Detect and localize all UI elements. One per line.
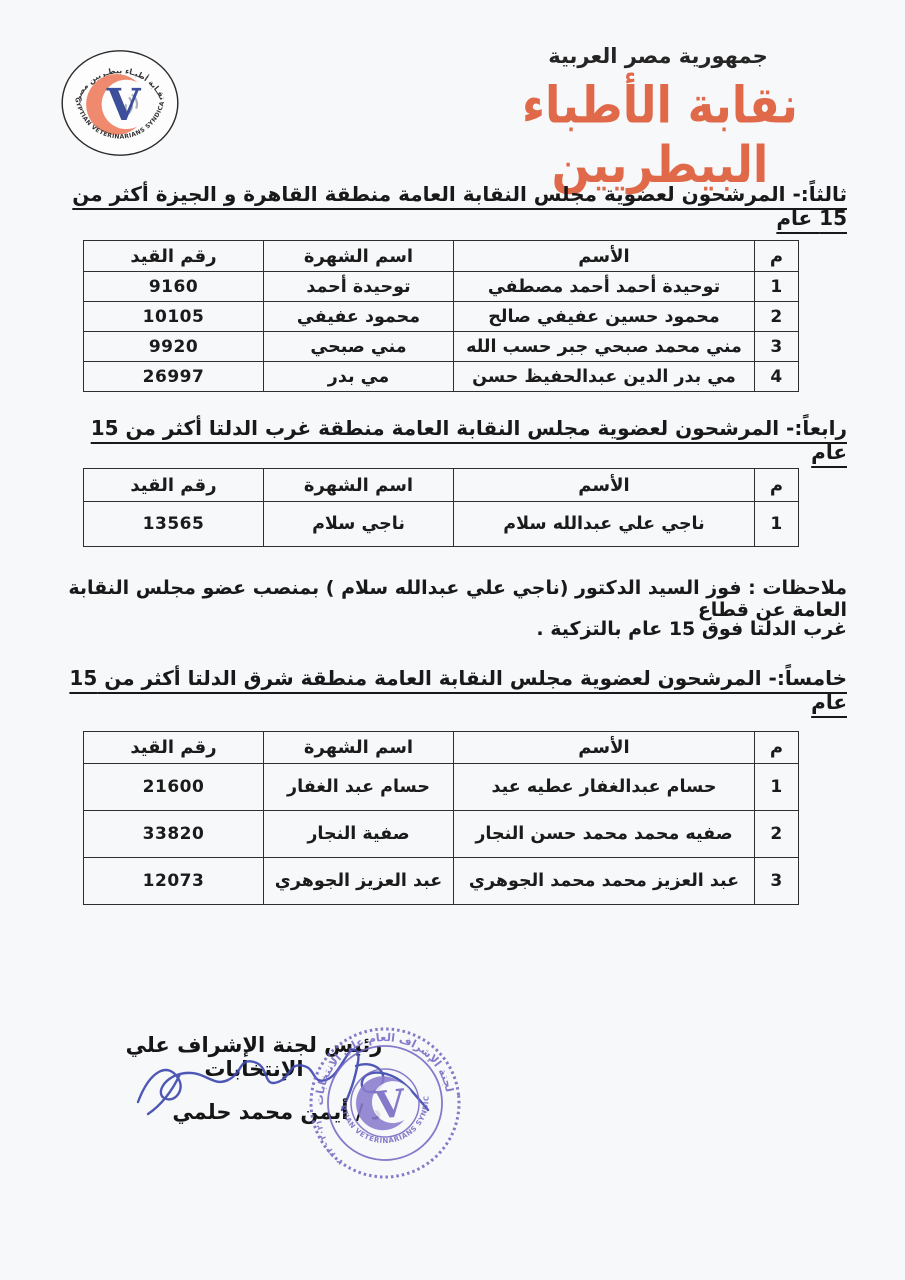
column-header-name: الأسم (454, 732, 755, 764)
column-header-known_as: اسم الشهرة (264, 241, 454, 272)
table-row: 4مي بدر الدين عبدالحفيظ حسنمي بدر26997 (84, 362, 799, 392)
stamp-letter-v: V (372, 1080, 409, 1128)
cell-name: توحيدة أحمد أحمد مصطفي (454, 272, 755, 302)
country-title: جمهورية مصر العربية (458, 44, 858, 68)
section-heading-west-delta: رابعاً:- المرشحون لعضوية مجلس النقابة ال… (50, 416, 847, 464)
cell-name: ناجي علي عبدالله سلام (454, 502, 755, 547)
cell-name: حسام عبدالغفار عطيه عيد (454, 764, 755, 811)
table-row: 1حسام عبدالغفار عطيه عيدحسام عبد الغفار2… (84, 764, 799, 811)
candidates-table-cairo-giza: مالأسماسم الشهرةرقم القيد1توحيدة أحمد أح… (83, 240, 799, 392)
cell-name: صفيه محمد محمد حسن النجار (454, 811, 755, 858)
candidates-table-east-delta: مالأسماسم الشهرةرقم القيد1حسام عبدالغفار… (83, 731, 799, 905)
column-header-known_as: اسم الشهرة (264, 469, 454, 502)
cell-name: عبد العزيز محمد محمد الجوهري (454, 858, 755, 905)
official-stamp: V لجنة الإشراف العام علي الانتخابات EGYP… (298, 1015, 472, 1191)
notes-line-2: غرب الدلتا فوق 15 عام بالتزكية . (50, 618, 847, 640)
cell-reg_no: 21600 (84, 764, 264, 811)
cell-known_as: صفية النجار (264, 811, 454, 858)
stamp-years-text: ٢٠٢١ - ٢٠٢٢ (314, 1118, 345, 1169)
column-header-reg_no: رقم القيد (84, 469, 264, 502)
table-row: 3مني محمد صبحي جبر حسب اللهمني صبحي9920 (84, 332, 799, 362)
column-header-known_as: اسم الشهرة (264, 732, 454, 764)
cell-reg_no: 33820 (84, 811, 264, 858)
cell-known_as: ناجي سلام (264, 502, 454, 547)
cell-known_as: توحيدة أحمد (264, 272, 454, 302)
logo-letter-v: V (106, 80, 142, 131)
syndicate-logo-icon: نقـابة أطبـاء بيطـريين مصر V EGYPTIAN VE… (60, 48, 180, 158)
column-header-no: م (755, 732, 799, 764)
cell-no: 2 (755, 302, 799, 332)
column-header-name: الأسم (454, 469, 755, 502)
section-heading-east-delta: خامساً:- المرشحون لعضوية مجلس النقابة ال… (50, 666, 847, 714)
official-stamp-icon: V لجنة الإشراف العام علي الانتخابات EGYP… (298, 1015, 472, 1191)
cell-no: 1 (755, 272, 799, 302)
table-row: 2محمود حسين عفيفي صالحمحمود عفيفي10105 (84, 302, 799, 332)
cell-known_as: محمود عفيفي (264, 302, 454, 332)
document-page: نقـابة أطبـاء بيطـريين مصر V EGYPTIAN VE… (0, 0, 905, 1280)
cell-name: مي بدر الدين عبدالحفيظ حسن (454, 362, 755, 392)
cell-reg_no: 9920 (84, 332, 264, 362)
cell-no: 2 (755, 811, 799, 858)
cell-known_as: حسام عبد الغفار (264, 764, 454, 811)
column-header-reg_no: رقم القيد (84, 732, 264, 764)
cell-known_as: مي بدر (264, 362, 454, 392)
table-row: 2صفيه محمد محمد حسن النجارصفية النجار338… (84, 811, 799, 858)
cell-no: 4 (755, 362, 799, 392)
cell-no: 1 (755, 502, 799, 547)
cell-reg_no: 10105 (84, 302, 264, 332)
column-header-no: م (755, 241, 799, 272)
cell-no: 3 (755, 858, 799, 905)
org-name-calligraphy: نقابة الأطباء البيطريين (410, 76, 905, 195)
cell-name: محمود حسين عفيفي صالح (454, 302, 755, 332)
cell-name: مني محمد صبحي جبر حسب الله (454, 332, 755, 362)
cell-no: 1 (755, 764, 799, 811)
cell-reg_no: 9160 (84, 272, 264, 302)
syndicate-logo: نقـابة أطبـاء بيطـريين مصر V EGYPTIAN VE… (60, 48, 180, 158)
column-header-name: الأسم (454, 241, 755, 272)
cell-reg_no: 26997 (84, 362, 264, 392)
cell-known_as: مني صبحي (264, 332, 454, 362)
cell-no: 3 (755, 332, 799, 362)
notes-line-1: ملاحظات : فوز السيد الدكتور (ناجي علي عب… (50, 577, 847, 621)
table-row: 1توحيدة أحمد أحمد مصطفيتوحيدة أحمد9160 (84, 272, 799, 302)
table-row: 3عبد العزيز محمد محمد الجوهريعبد العزيز … (84, 858, 799, 905)
column-header-reg_no: رقم القيد (84, 241, 264, 272)
cell-reg_no: 13565 (84, 502, 264, 547)
column-header-no: م (755, 469, 799, 502)
table-row: 1ناجي علي عبدالله سلامناجي سلام13565 (84, 502, 799, 547)
cell-known_as: عبد العزيز الجوهري (264, 858, 454, 905)
cell-reg_no: 12073 (84, 858, 264, 905)
candidates-table-west-delta: مالأسماسم الشهرةرقم القيد1ناجي علي عبدال… (83, 468, 799, 547)
section-heading-cairo-giza: ثالثاً:- المرشحون لعضوية مجلس النقابة ال… (50, 182, 847, 230)
